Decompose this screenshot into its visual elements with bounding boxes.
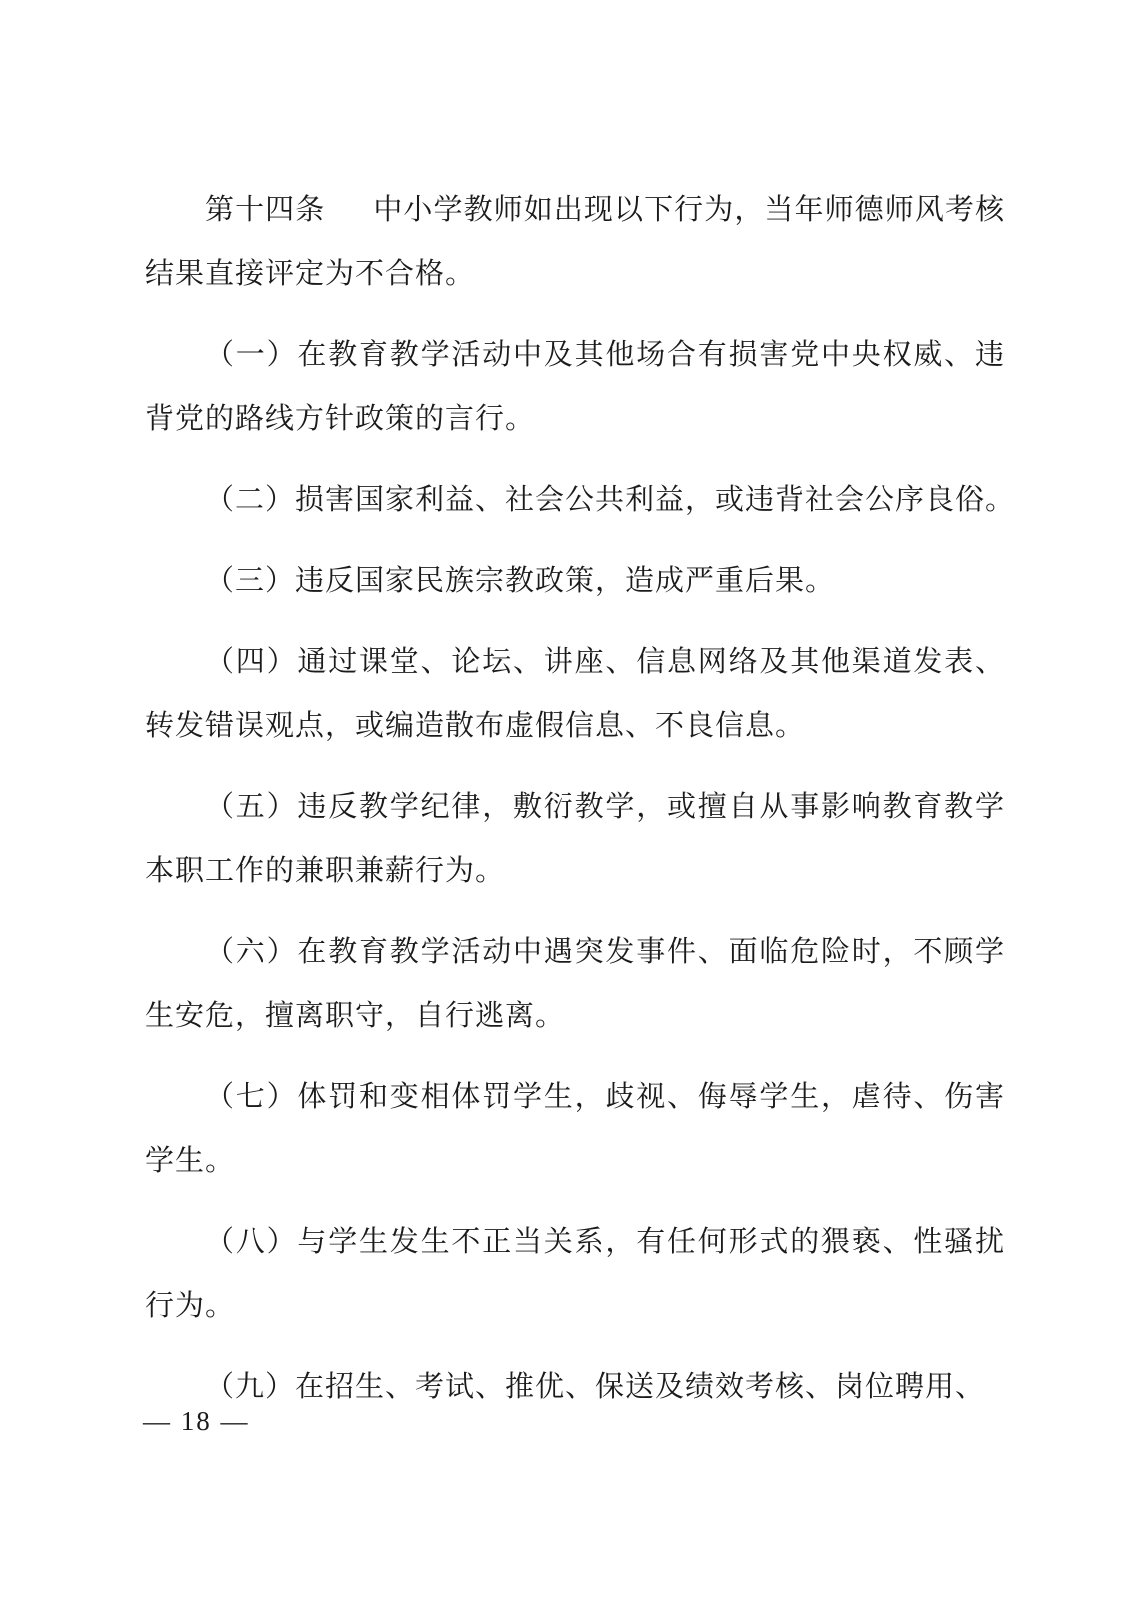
list-item-9: （九）在招生、考试、推优、保送及绩效考核、岗位聘用、 xyxy=(145,1355,1005,1419)
list-item-5: （五）违反教学纪律，敷衍教学，或擅自从事影响教育教学本职工作的兼职兼薪行为。 xyxy=(145,775,1005,903)
article-number: 第十四条 xyxy=(205,194,325,226)
article-paragraph: 第十四条中小学教师如出现以下行为，当年师德师风考核结果直接评定为不合格。 xyxy=(145,178,1005,306)
page-number: — 18 — xyxy=(143,1408,250,1435)
list-item-4: （四）通过课堂、论坛、讲座、信息网络及其他渠道发表、转发错误观点，或编造散布虚假… xyxy=(145,630,1005,758)
list-item-1: （一）在教育教学活动中及其他场合有损害党中央权威、违背党的路线方针政策的言行。 xyxy=(145,323,1005,451)
list-item-2: （二）损害国家利益、社会公共利益，或违背社会公序良俗。 xyxy=(145,468,1005,532)
list-item-7: （七）体罚和变相体罚学生，歧视、侮辱学生，虐待、伤害学生。 xyxy=(145,1065,1005,1193)
document-page: 第十四条中小学教师如出现以下行为，当年师德师风考核结果直接评定为不合格。 （一）… xyxy=(0,0,1131,1600)
list-item-3: （三）违反国家民族宗教政策，造成严重后果。 xyxy=(145,549,1005,613)
document-body: 第十四条中小学教师如出现以下行为，当年师德师风考核结果直接评定为不合格。 （一）… xyxy=(145,178,1005,1436)
list-item-8: （八）与学生发生不正当关系，有任何形式的猥亵、性骚扰行为。 xyxy=(145,1210,1005,1338)
list-item-6: （六）在教育教学活动中遇突发事件、面临危险时，不顾学生安危，擅离职守，自行逃离。 xyxy=(145,920,1005,1048)
